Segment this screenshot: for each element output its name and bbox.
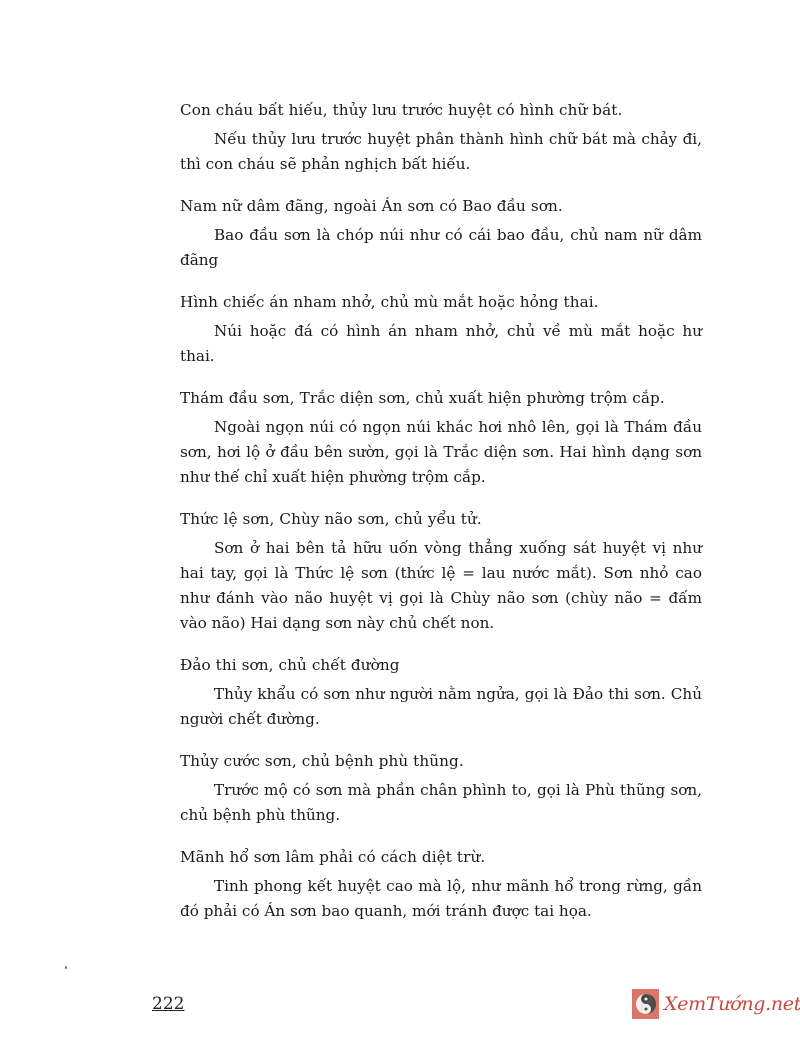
section-body: Bao đầu sơn là chóp núi như có cái bao đ… — [180, 223, 702, 273]
section-heading: Hình chiếc án nham nhở, chủ mù mắt hoặc … — [180, 290, 702, 315]
section-4: Thám đầu sơn, Trắc diện sơn, chủ xuất hi… — [180, 386, 702, 490]
section-body: Ngoài ngọn núi có ngọn núi khác hơi nhô … — [180, 415, 702, 490]
section-body: Sơn ở hai bên tả hữu uốn vòng thẳng xuốn… — [180, 536, 702, 636]
page-number: 222 — [152, 994, 184, 1014]
scan-speck — [65, 966, 67, 969]
section-heading: Đảo thi sơn, chủ chết đường — [180, 653, 702, 678]
section-heading: Thám đầu sơn, Trắc diện sơn, chủ xuất hi… — [180, 386, 702, 411]
section-heading: Nam nữ dâm đãng, ngoài Án sơn có Bao đầu… — [180, 194, 702, 219]
section-heading: Mãnh hổ sơn lâm phải có cách diệt trừ. — [180, 845, 702, 870]
page-content: Con cháu bất hiếu, thủy lưu trước huyệt … — [180, 98, 702, 941]
section-8: Mãnh hổ sơn lâm phải có cách diệt trừ. T… — [180, 845, 702, 924]
section-7: Thủy cước sơn, chủ bệnh phù thũng. Trước… — [180, 749, 702, 828]
watermark-logo — [632, 989, 659, 1019]
watermark: XemTướng.net — [632, 989, 800, 1019]
section-body: Nếu thủy lưu trước huyệt phân thành hình… — [180, 127, 702, 177]
section-2: Nam nữ dâm đãng, ngoài Án sơn có Bao đầu… — [180, 194, 702, 273]
section-heading: Thủy cước sơn, chủ bệnh phù thũng. — [180, 749, 702, 774]
section-body: Núi hoặc đá có hình án nham nhở, chủ về … — [180, 319, 702, 369]
section-body: Trước mộ có sơn mà phần chân phình to, g… — [180, 778, 702, 828]
yin-yang-icon — [636, 994, 656, 1014]
section-6: Đảo thi sơn, chủ chết đường Thủy khẩu có… — [180, 653, 702, 732]
section-heading: Thức lệ sơn, Chùy não sơn, chủ yểu tử. — [180, 507, 702, 532]
section-body: Tinh phong kết huyệt cao mà lộ, như mãnh… — [180, 874, 702, 924]
section-body: Thủy khẩu có sơn như người nằm ngửa, gọi… — [180, 682, 702, 732]
watermark-text: XemTướng.net — [664, 993, 800, 1015]
section-5: Thức lệ sơn, Chùy não sơn, chủ yểu tử. S… — [180, 507, 702, 636]
section-heading: Con cháu bất hiếu, thủy lưu trước huyệt … — [180, 98, 702, 123]
section-1: Con cháu bất hiếu, thủy lưu trước huyệt … — [180, 98, 702, 177]
section-3: Hình chiếc án nham nhở, chủ mù mắt hoặc … — [180, 290, 702, 369]
